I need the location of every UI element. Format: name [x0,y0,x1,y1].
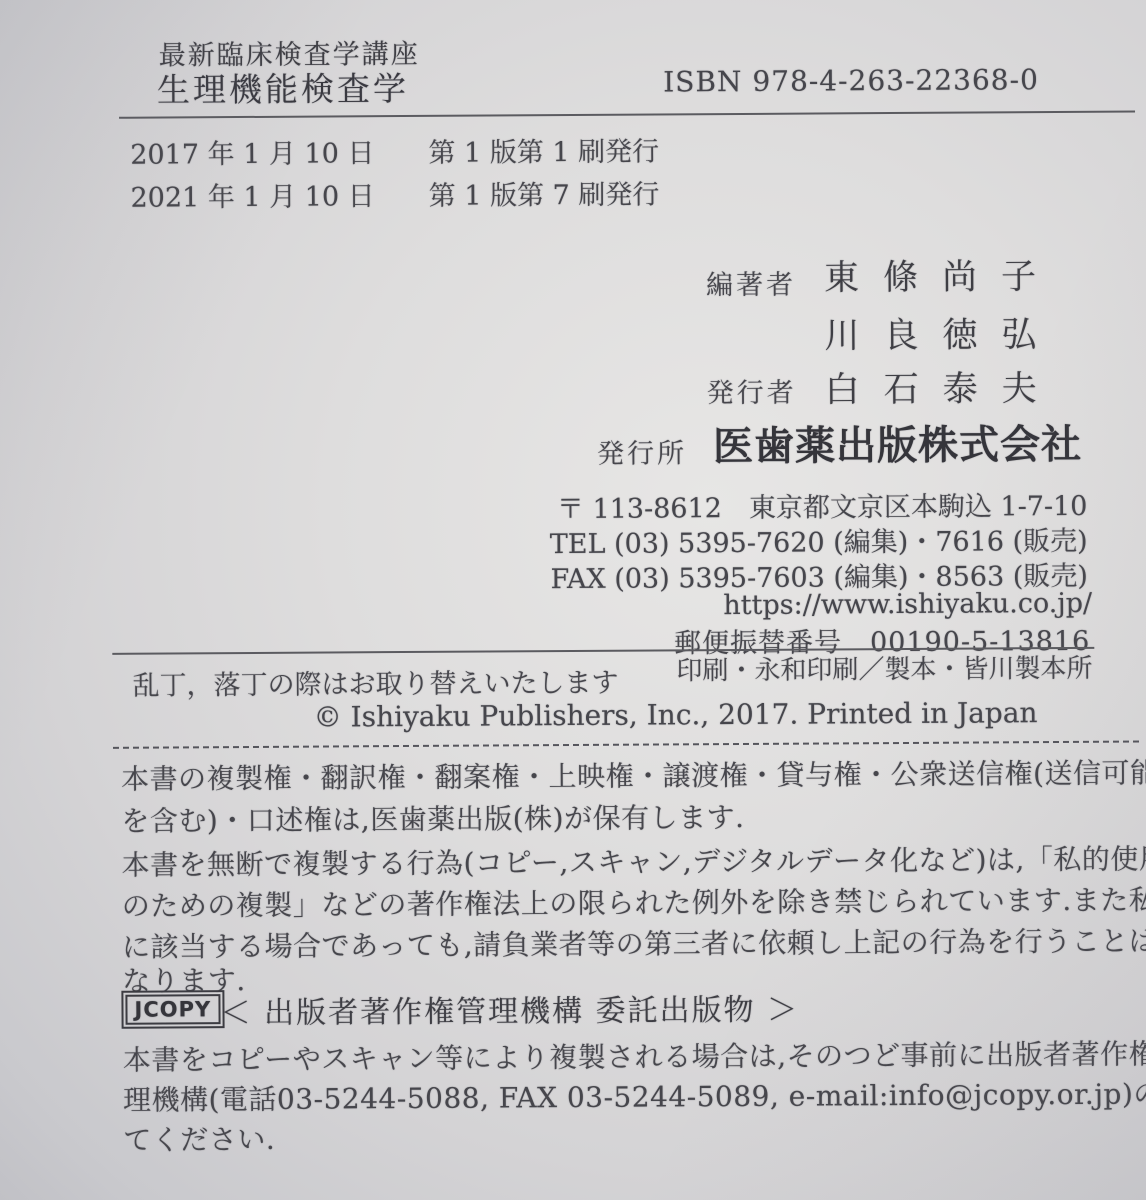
photographed-book-colophon-page: { "doc": { "series_title": "最新臨床検査学講座", … [0,0,1146,1200]
jcopy-heading: ＜ 出版者著作権管理機構 委託出版物 ＞ [220,985,799,1033]
editor-name-2: 川良徳弘 [824,307,1060,358]
edition-line-seventh-printing: 2021 年 1 月 10 日 第 1 版第 7 刷発行 [130,172,659,214]
book-page: 最新臨床検査学講座 生理機能検査学 ISBN 978-4-263-22368-0… [0,0,1146,1200]
editor-name-1: 東條尚子 [824,249,1060,300]
jcopy-logo-box: JCOPY [121,990,224,1029]
rights-paragraph-line: に該当する場合であっても,請負業者等の第三者に依頼し上記の行為を行うことは違法と [122,919,1146,966]
jcopy-paragraph-line: 理機構(電話03-5244-5088, FAX 03-5244-5089, e-… [123,1072,1146,1119]
jcopy-paragraph-line: 本書をコピーやスキャン等により複製される場合は,そのつど事前に出版者著作権管 [123,1032,1146,1078]
editor-label: 編著者 [706,263,796,303]
publisher-label: 発行所 [597,431,687,471]
jcopy-paragraph-line: てください. [123,1118,275,1159]
issuer-name: 白石泰夫 [825,361,1061,412]
header-divider-rule [119,111,1135,119]
rights-paragraph-line: 本書の複製権・翻訳権・翻案権・上映権・譲渡権・貸与権・公衆送信権(送信可能化権 [121,751,1146,798]
dashed-divider [113,741,1141,749]
rights-paragraph-line: のための複製」などの著作権法上の限られた例外を除き禁じられています.また私的使用 [122,878,1146,925]
publisher-name: 医歯薬出版株式会社 [713,413,1082,472]
printer-binder-credit: 印刷・永和印刷／製本・皆川製本所 [676,648,1092,688]
issuer-label: 発行者 [707,371,797,411]
rights-paragraph-line: 本書を無断で複製する行為(コピー,スキャン,デジタルデータ化など)は,「私的使用 [121,837,1146,883]
rights-paragraph-line: を含む)・口述権は,医歯薬出版(株)が保有します. [121,796,744,840]
copyright-line: © Ishiyaku Publishers, Inc., 2017. Print… [314,696,1038,733]
isbn-number: ISBN 978-4-263-22368-0 [663,63,1039,98]
edition-line-first-printing: 2017 年 1 月 10 日 第 1 版第 1 刷発行 [130,129,659,171]
website-url: https://www.ishiyaku.co.jp/ [723,588,1092,621]
replacement-notice: 乱丁，落丁の際はお取り替えいたします [132,661,618,703]
book-title: 生理機能検査学 [157,63,409,112]
jcopy-logo: JCOPY [125,994,220,1025]
